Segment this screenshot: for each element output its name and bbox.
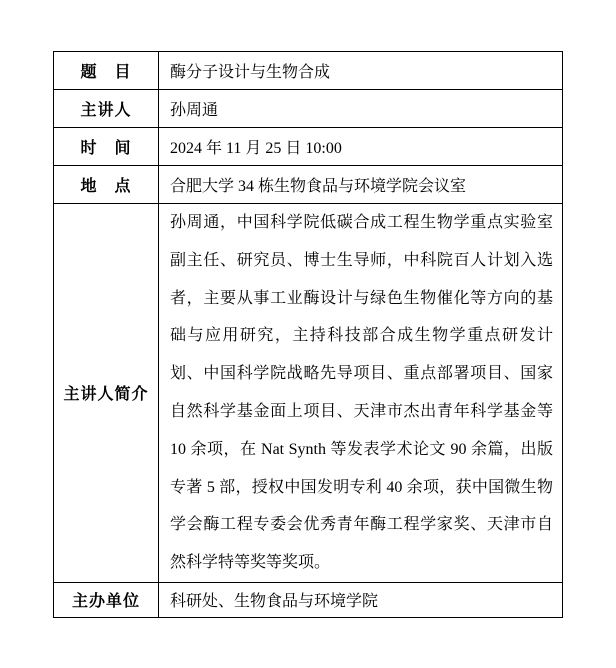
row-value-title: 酶分子设计与生物合成 — [159, 52, 563, 90]
row-value-speaker: 孙周通 — [159, 90, 563, 128]
table-row-title: 题 目 酶分子设计与生物合成 — [54, 52, 563, 90]
row-value-time: 2024 年 11 月 25 日 10:00 — [159, 128, 563, 166]
row-label-time: 时 间 — [54, 128, 159, 166]
table-row-location: 地 点 合肥大学 34 栋生物食品与环境学院会议室 — [54, 166, 563, 204]
row-value-location: 合肥大学 34 栋生物食品与环境学院会议室 — [159, 166, 563, 204]
table-row-speaker-bio: 主讲人简介 孙周通，中国科学院低碳合成工程生物学重点实验室副主任、研究员、博士生… — [54, 204, 563, 583]
table-row-time: 时 间 2024 年 11 月 25 日 10:00 — [54, 128, 563, 166]
row-label-title: 题 目 — [54, 52, 159, 90]
row-label-speaker-bio: 主讲人简介 — [54, 204, 159, 583]
table-row-organizer: 主办单位 科研处、生物食品与环境学院 — [54, 582, 563, 617]
row-label-speaker: 主讲人 — [54, 90, 159, 128]
row-label-location: 地 点 — [54, 166, 159, 204]
seminar-info-table: 题 目 酶分子设计与生物合成 主讲人 孙周通 时 间 2024 年 11 月 2… — [53, 51, 563, 618]
row-label-organizer: 主办单位 — [54, 582, 159, 617]
table-row-speaker: 主讲人 孙周通 — [54, 90, 563, 128]
row-value-speaker-bio: 孙周通，中国科学院低碳合成工程生物学重点实验室副主任、研究员、博士生导师，中科院… — [159, 204, 563, 583]
row-value-organizer: 科研处、生物食品与环境学院 — [159, 582, 563, 617]
